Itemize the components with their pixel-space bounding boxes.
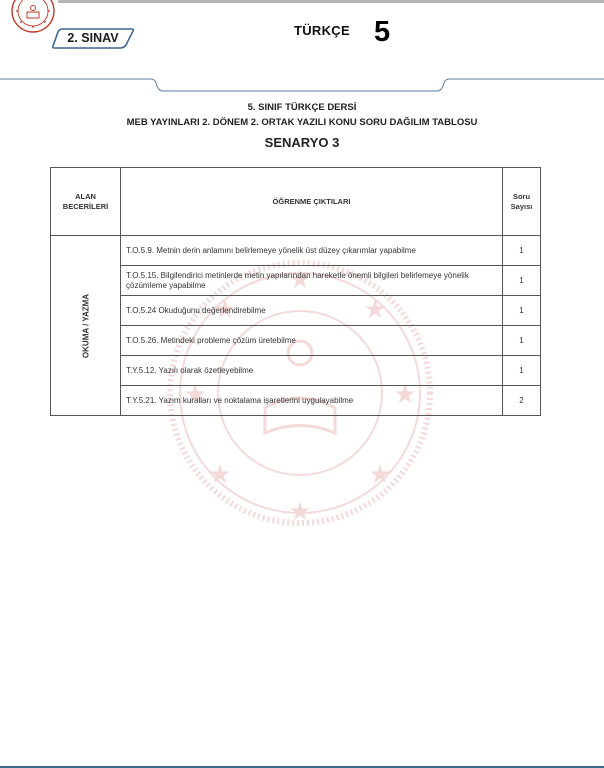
table-row: T.Y.5.12. Yazılı olarak özetleyebilme 1 <box>51 356 541 386</box>
question-distribution-table: ALANBECERİLERİ ÖĞRENME ÇIKTILARI SoruSay… <box>50 167 541 416</box>
outcome-cell: T.O.5.15. Bilgilendirici metinlerde meti… <box>121 266 503 296</box>
exam-number-tab: 2. SINAV <box>52 28 134 49</box>
count-cell: 1 <box>503 356 541 386</box>
outcome-cell: T.Y.5.21. Yazım kuralları ve noktalama i… <box>121 386 503 416</box>
table-row: T.O.5.26. Metindeki probleme çözüm ürete… <box>51 326 541 356</box>
document-titles: 5. SINIF TÜRKÇE DERSİ MEB YAYINLARI 2. D… <box>0 101 604 151</box>
table-row: T.O.5.24 Okuduğunu değerlendirebilme 1 <box>51 296 541 326</box>
count-cell: 2 <box>503 386 541 416</box>
svg-text:★: ★ <box>208 459 231 489</box>
table-row: T.O.5.15. Bilgilendirici metinlerde meti… <box>51 266 541 296</box>
subject-title: TÜRKÇE <box>294 23 350 38</box>
course-title: 5. SINIF TÜRKÇE DERSİ <box>0 101 604 114</box>
table-row: OKUMA / YAZMA T.O.5.9. Metnin derin anla… <box>51 236 541 266</box>
count-cell: 1 <box>503 296 541 326</box>
count-cell: 1 <box>503 236 541 266</box>
table-header-row: ALANBECERİLERİ ÖĞRENME ÇIKTILARI SoruSay… <box>51 168 541 236</box>
svg-text:★: ★ <box>288 496 311 526</box>
header-count: SoruSayısı <box>503 168 541 236</box>
table-title: MEB YAYINLARI 2. DÖNEM 2. ORTAK YAZILI K… <box>0 116 604 129</box>
header-area: ALANBECERİLERİ <box>51 168 121 236</box>
outcome-cell: T.O.5.9. Metnin derin anlamını belirleme… <box>121 236 503 266</box>
outcome-cell: T.O.5.26. Metindeki probleme çözüm ürete… <box>121 326 503 356</box>
outcome-cell: T.Y.5.12. Yazılı olarak özetleyebilme <box>121 356 503 386</box>
count-cell: 1 <box>503 326 541 356</box>
meb-logo-icon <box>10 0 56 34</box>
top-bar <box>58 0 604 3</box>
svg-text:★: ★ <box>368 459 391 489</box>
exam-label: 2. SINAV <box>52 28 134 49</box>
scenario-title: SENARYO 3 <box>0 135 604 151</box>
header-divider <box>0 76 604 98</box>
area-label: OKUMA / YAZMA <box>81 293 90 357</box>
outcome-cell: T.O.5.24 Okuduğunu değerlendirebilme <box>121 296 503 326</box>
header-outcomes: ÖĞRENME ÇIKTILARI <box>121 168 503 236</box>
table-row: T.Y.5.21. Yazım kuralları ve noktalama i… <box>51 386 541 416</box>
count-cell: 1 <box>503 266 541 296</box>
area-cell: OKUMA / YAZMA <box>51 236 121 416</box>
grade-number: 5 <box>374 14 390 50</box>
